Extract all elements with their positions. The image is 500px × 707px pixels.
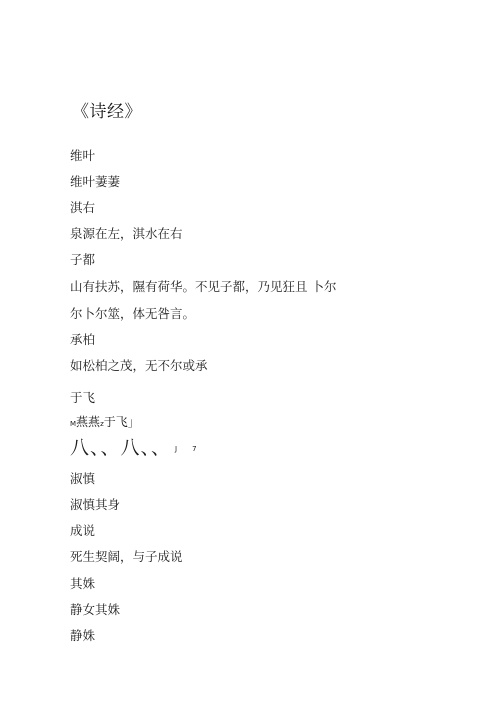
text-line: 山有扶苏，隰有荷华。不见子都，乃见狂且 卜尔 <box>70 277 336 295</box>
text-line: 其姝 <box>70 574 95 592</box>
text-line: 淇右 <box>70 198 95 216</box>
text-line: 静女其姝 <box>70 600 120 618</box>
text-line: 维叶 <box>70 146 95 164</box>
garbled-tail-2: 7 <box>192 445 197 453</box>
document-title: 《诗经》 <box>72 97 142 122</box>
text-line: 维叶萋萋 <box>70 172 120 190</box>
document-page: 《诗经》 维叶 维叶萋萋 淇右 泉源在左，淇水在右 子都 山有扶苏，隰有荷华。不… <box>0 0 500 707</box>
garbled-ocr-line-large: 八、、八、、J7 <box>70 433 198 460</box>
text-line: 于飞 <box>70 388 95 406</box>
text-line: 静姝 <box>70 626 95 644</box>
garbled-suffix: 于飞」 <box>104 415 140 429</box>
garbled-main: 燕燕 <box>76 415 100 429</box>
text-line: 尔卜尔筮，体无咎言。 <box>70 304 195 322</box>
text-line: 如松柏之茂，无不尔或承 <box>70 356 208 374</box>
text-line: 淑慎其身 <box>70 495 120 513</box>
text-line: 淑慎 <box>70 469 95 487</box>
garbled-tail-1: J <box>175 445 178 453</box>
text-line: 承柏 <box>70 330 95 348</box>
text-line: 子都 <box>70 250 95 268</box>
text-line: 成说 <box>70 521 95 539</box>
text-line: 泉源在左，淇水在右 <box>70 224 183 242</box>
text-line: 死生契阔，与子成说 <box>70 547 183 565</box>
garbled-large-main: 八、、八、、 <box>70 437 171 459</box>
garbled-ocr-line: M燕燕z于飞」 <box>70 413 140 430</box>
